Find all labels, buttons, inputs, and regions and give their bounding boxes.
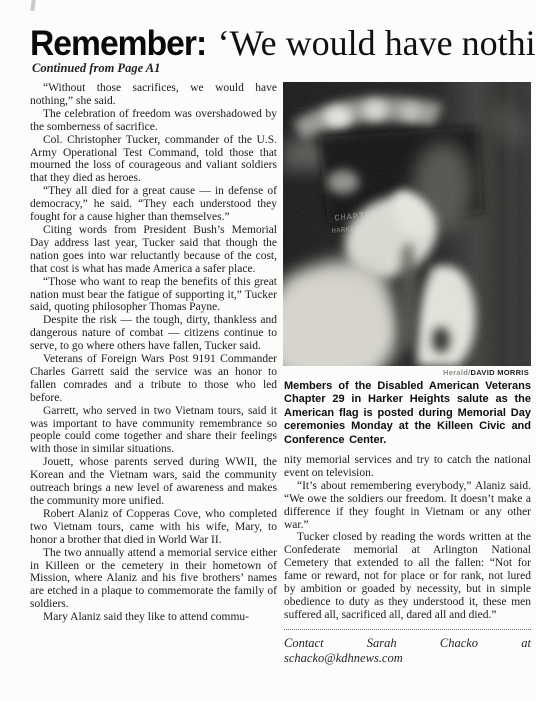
contact-byline: Contact Sarah Chacko at schacko@kdhnews.… <box>284 636 531 666</box>
right-column: CHAPTER 29 HARKER HEIGHTS, TX <box>284 82 531 666</box>
paragraph: nity memorial services and try to catch … <box>284 454 531 480</box>
headline-quote: ‘We would have nothing’ <box>218 23 536 63</box>
photo-illustration: CHAPTER 29 HARKER HEIGHTS, TX <box>283 82 531 366</box>
paragraph: “They all died for a great cause — in de… <box>30 185 277 224</box>
paragraph: The two annually attend a memorial servi… <box>30 547 277 612</box>
paragraph: Jouett, whose parents served during WWII… <box>30 456 277 508</box>
article-columns: “Without those sacrifices, we would have… <box>30 82 531 666</box>
paragraph: “It’s about remembering everybody,” Alan… <box>284 480 531 532</box>
memorial-salute-photo: CHAPTER 29 HARKER HEIGHTS, TX <box>283 82 531 366</box>
section-divider <box>284 629 531 630</box>
headline: Remember:‘We would have nothing’ <box>30 22 530 64</box>
scan-mark <box>30 0 35 11</box>
paragraph: Citing words from President Bush’s Memor… <box>30 224 277 276</box>
paragraph: Robert Alaniz of Copperas Cove, who comp… <box>30 508 277 547</box>
paragraph: “Without those sacrifices, we would have… <box>30 82 277 108</box>
photo-caption: Members of the Disabled American Veteran… <box>284 380 531 447</box>
contact-line: Contact Sarah Chacko at <box>284 636 531 651</box>
newspaper-page: Remember:‘We would have nothing’ Continu… <box>0 0 536 701</box>
paragraph: Mary Alaniz said they like to attend com… <box>30 611 277 624</box>
paragraph: Despite the risk — the tough, dirty, tha… <box>30 314 277 353</box>
left-column: “Without those sacrifices, we would have… <box>30 82 277 666</box>
headline-kicker: Remember: <box>30 24 206 64</box>
contact-email: schacko@kdhnews.com <box>284 651 531 666</box>
photo-credit-source: Herald/ <box>443 368 471 377</box>
photo-credit-name: DAVID MORRIS <box>471 368 529 377</box>
paragraph: “Those who want to reap the benefits of … <box>30 276 277 315</box>
continued-from-line: Continued from Page A1 <box>32 61 160 76</box>
photo-credit: Herald/DAVID MORRIS <box>284 368 529 377</box>
paragraph: Garrett, who served in two Vietnam tours… <box>30 405 277 457</box>
paragraph: Veterans of Foreign Wars Post 9191 Comma… <box>30 353 277 405</box>
paragraph: Tucker closed by reading the words writt… <box>284 531 531 621</box>
paragraph: Col. Christopher Tucker, commander of th… <box>30 134 277 186</box>
paragraph: The celebration of freedom was overshado… <box>30 108 277 134</box>
